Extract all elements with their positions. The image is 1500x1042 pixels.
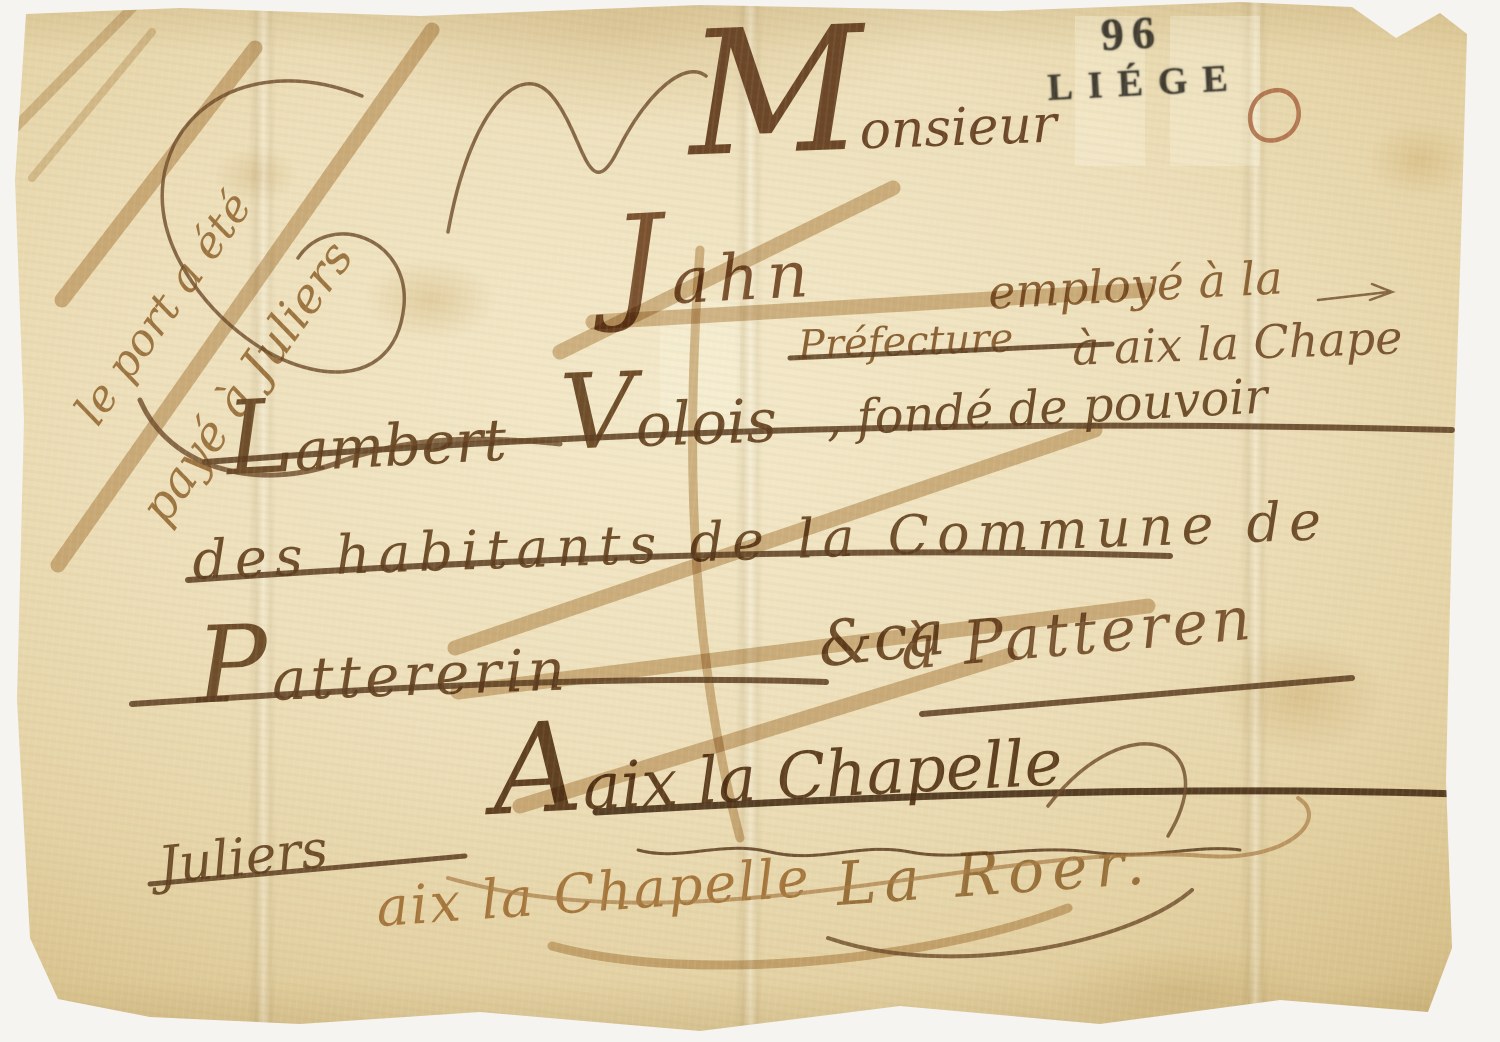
department-name: La Roer. bbox=[834, 833, 1154, 915]
old-destination-rest: aix la Chapelle bbox=[581, 726, 1064, 825]
scanned-letter-screenshot: { "postmark": { "number": "96", "town": … bbox=[0, 0, 1500, 1042]
recipient-role: employé à la bbox=[987, 254, 1284, 315]
crossed-origin: Juliers bbox=[156, 823, 330, 892]
arrow-mark bbox=[1318, 284, 1392, 300]
redirected-destination: à Patteren bbox=[898, 589, 1257, 680]
recipient-office: Préfecture bbox=[797, 318, 1013, 365]
postmark-number: 96 bbox=[1100, 5, 1242, 58]
agent-first-name: Lambert bbox=[224, 385, 508, 484]
corner-streak bbox=[8, 8, 132, 135]
old-destination-initial: A bbox=[489, 695, 586, 843]
recipient-office-location: à aix la Chape bbox=[1071, 314, 1403, 372]
salutation: Monsieur bbox=[686, 14, 1058, 164]
corner-streak bbox=[32, 32, 152, 178]
agent-last-name: Volois bbox=[559, 364, 778, 459]
postmark-liege: 96 LIÉGE bbox=[1044, 5, 1244, 107]
old-destination: Aaix la Chapelle bbox=[490, 693, 1064, 825]
recipient-name: Jahn bbox=[609, 203, 817, 317]
postmark-town: LIÉGE bbox=[1047, 59, 1244, 107]
commune-name: Pattererin bbox=[195, 612, 570, 712]
letter-paper: 96 LIÉGE le port a été payé à Juliers Mo… bbox=[0, 0, 1500, 1042]
agent-title: , fondé de pouvoir bbox=[825, 372, 1269, 443]
flourish-roer bbox=[1048, 744, 1186, 836]
